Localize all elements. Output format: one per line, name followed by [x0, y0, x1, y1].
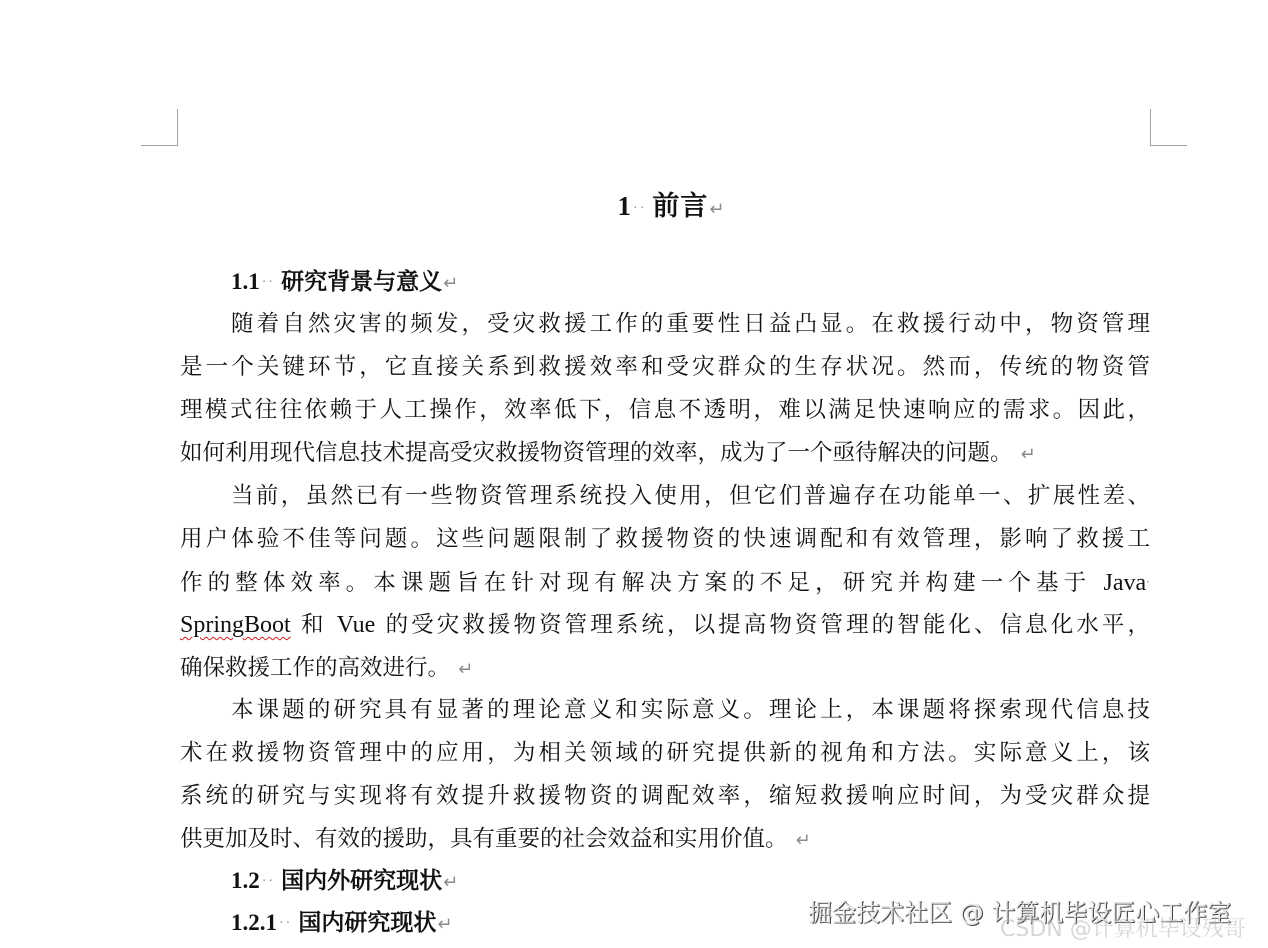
heading-1-1[interactable]: 1.1··研究背景与意义↵ [231, 266, 458, 300]
tab-mark: ·· [262, 874, 275, 889]
paragraph-mark-icon: ↵ [458, 659, 473, 680]
section-title: 国内研究现状 [298, 910, 436, 936]
paragraph-mark-icon: ↵ [443, 273, 458, 294]
paragraph-significance[interactable]: 本课题的研究具有显著的理论意义和实际意义。理论上，本课题将探索现代信息技 术在救… [180, 689, 1150, 861]
spellcheck-word-springboot[interactable]: SpringBoot [180, 612, 291, 638]
text-line: 术在救援物资管理中的应用，为相关领域的研究提供新的视角和方法。实际意义上，该 [180, 732, 1150, 775]
heading-1-2[interactable]: 1.2··国内外研究现状↵ [231, 865, 458, 899]
text-line: 理模式往往依赖于人工操作，效率低下，信息不透明，难以满足快速响应的需求。因此， [180, 389, 1150, 432]
paragraph-current-state[interactable]: 当前，虽然已有一些物资管理系统投入使用，但它们普遍存在功能单一、扩展性差、 用户… [180, 475, 1150, 690]
text-line: 如何利用现代信息技术提高受灾救援物资管理的效率，成为了一个亟待解决的问题。 ↵ [180, 432, 1150, 475]
heading-number: 1 [618, 191, 632, 221]
text-line: 用户体验不佳等问题。这些问题限制了救援物资的快速调配和有效管理，影响了救援工 [180, 518, 1150, 561]
document-page: 1··前言↵ 1.1··研究背景与意义↵ 随着自然灾害的频发，受灾救援工作的重要… [0, 0, 1268, 948]
text-span: 作的整体效率。本课题旨在针对现有解决方案的不足，研究并构建一个基于 [180, 570, 1091, 596]
paragraph-mark-icon: ↵ [709, 199, 724, 220]
text-line: 供更加及时、有效的援助，具有重要的社会效益和实用价值。 ↵ [180, 818, 1150, 861]
text-java: Java [1104, 570, 1147, 596]
tab-mark: ·· [633, 201, 646, 216]
heading-title: 前言 [652, 191, 708, 222]
section-number: 1.1 [231, 269, 260, 294]
text-vue: Vue [337, 612, 376, 638]
section-title: 国内外研究现状 [281, 868, 442, 894]
section-number: 1.2 [231, 868, 260, 893]
text-span: 如何利用现代信息技术提高受灾救援物资管理的效率，成为了一个亟待解决的问题。 [180, 440, 1013, 466]
tab-mark: ·· [279, 916, 292, 931]
heading-1[interactable]: 1··前言↵ [0, 186, 1268, 230]
section-title: 研究背景与意义 [281, 269, 442, 295]
text-span: 供更加及时、有效的援助，具有重要的社会效益和实用价值。 [180, 826, 788, 852]
text-line: 作的整体效率。本课题旨在针对现有解决方案的不足，研究并构建一个基于 Java· [180, 561, 1150, 604]
section-number: 1.2.1 [231, 910, 277, 935]
text-line: 本课题的研究具有显著的理论意义和实际意义。理论上，本课题将探索现代信息技 [180, 689, 1150, 732]
paragraph-mark-icon: ↵ [437, 914, 452, 935]
text-line: 是一个关键环节，它直接关系到救援效率和受灾群众的生存状况。然而，传统的物资管 [180, 346, 1150, 389]
text-span: 和 [301, 612, 327, 638]
text-line: 当前，虽然已有一些物资管理系统投入使用，但它们普遍存在功能单一、扩展性差、 [180, 475, 1150, 518]
text-line: 确保救援工作的高效进行。 ↵ [180, 647, 1150, 690]
watermark-csdn: CSDN @计算机毕设残哥 [1000, 912, 1246, 943]
paragraph-mark-icon: ↵ [443, 872, 458, 893]
heading-1-2-1[interactable]: 1.2.1··国内研究现状↵ [231, 907, 452, 941]
margin-corner-top-right [1150, 109, 1187, 146]
text-line: 系统的研究与实现将有效提升救援物资的调配效率，缩短救援响应时间，为受灾群众提 [180, 775, 1150, 818]
tab-mark: ·· [262, 275, 275, 290]
paragraph-mark-icon: ↵ [1021, 444, 1036, 465]
paragraph-background[interactable]: 随着自然灾害的频发，受灾救援工作的重要性日益凸显。在救援行动中，物资管理 是一个… [180, 303, 1150, 475]
text-span: 确保救援工作的高效进行。 [180, 655, 450, 681]
text-line: SpringBoot 和 Vue 的受灾救援物资管理系统，以提高物资管理的智能化… [180, 604, 1150, 647]
text-line: 随着自然灾害的频发，受灾救援工作的重要性日益凸显。在救援行动中，物资管理 [180, 303, 1150, 346]
text-span: 的受灾救援物资管理系统，以提高物资管理的智能化、信息化水平， [386, 612, 1150, 638]
margin-corner-top-left [141, 109, 178, 146]
space-mark: · [1146, 575, 1150, 589]
paragraph-mark-icon: ↵ [796, 830, 811, 851]
